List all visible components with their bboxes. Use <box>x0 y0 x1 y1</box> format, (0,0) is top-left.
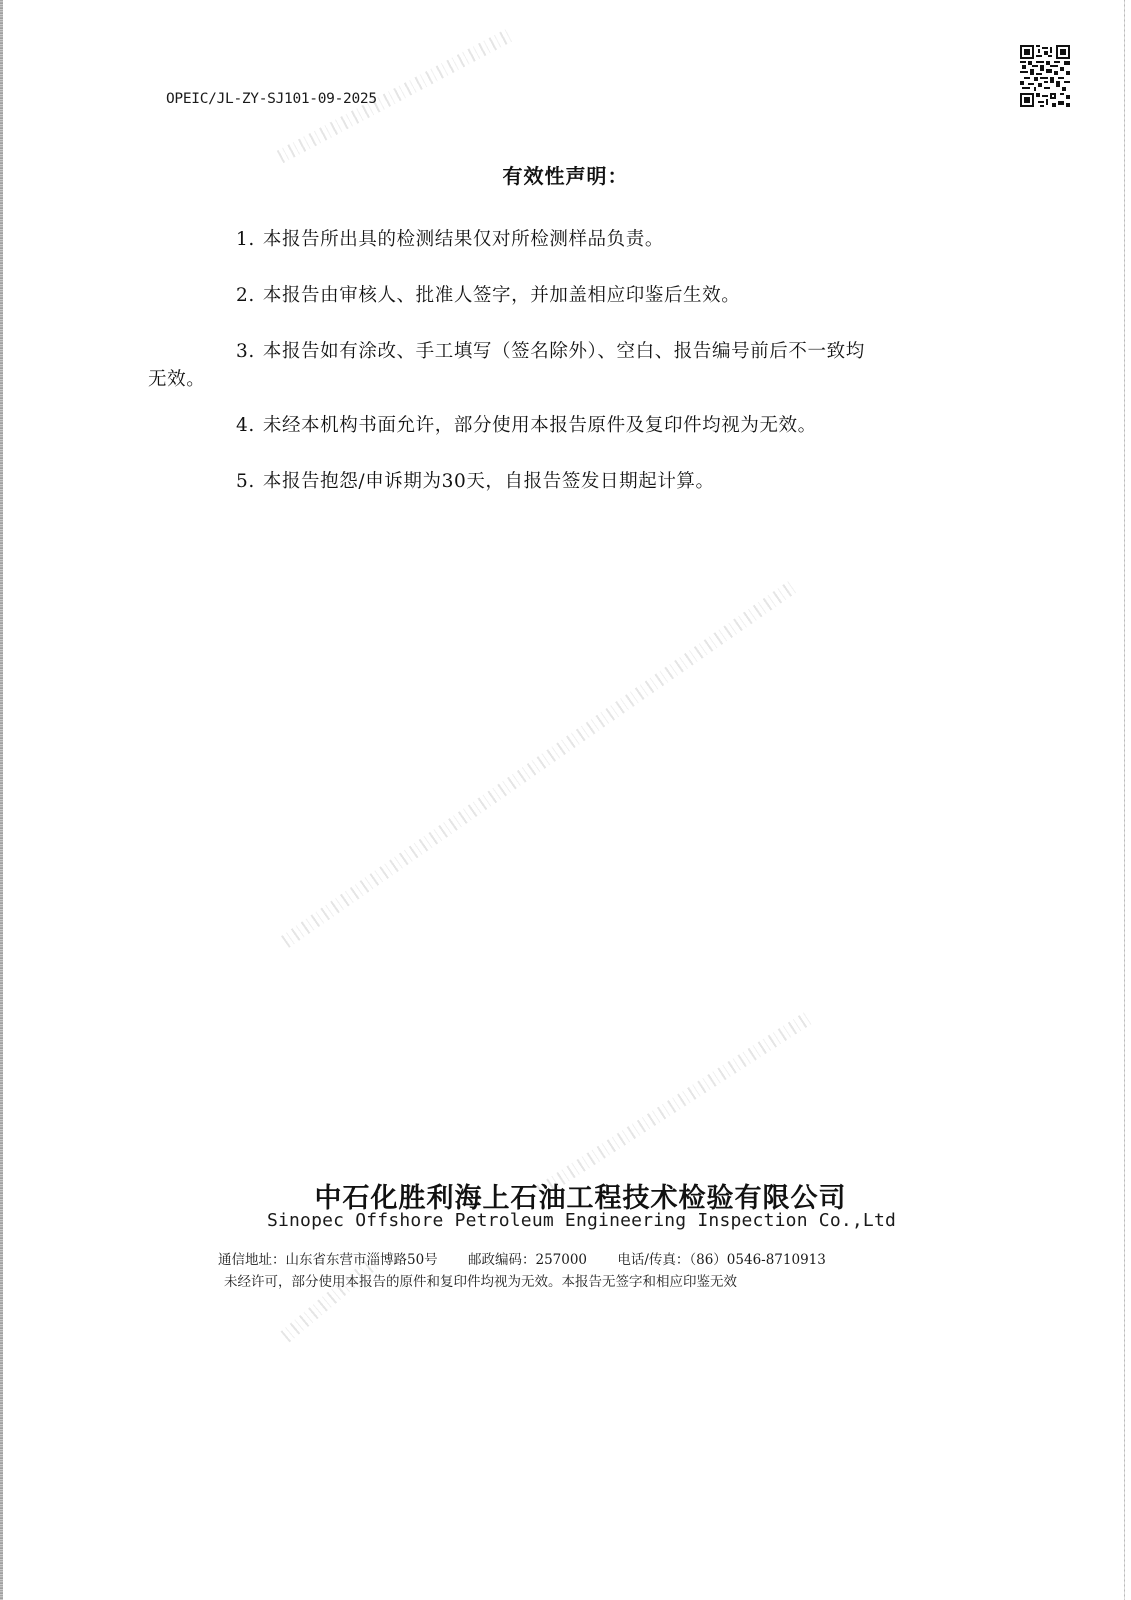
clause-item: 4.未经本机构书面允许，部分使用本报告原件及复印件均视为无效。 <box>148 412 948 440</box>
clause-number: 5. <box>192 468 255 496</box>
validity-statement-title: 有效性声明： <box>0 160 1131 189</box>
clause-number: 4. <box>192 412 255 440</box>
clause-text: 本报告所出具的检测结果仅对所检测样品负责。 <box>263 229 664 250</box>
company-address: 通信地址：山东省东营市淄博路50号 <box>218 1252 438 1268</box>
clause-item: 2.本报告由审核人、批准人签字，并加盖相应印鉴后生效。 <box>148 282 948 310</box>
clause-item: 5.本报告抱怨/申诉期为30天，自报告签发日期起计算。 <box>148 468 948 496</box>
clause-item: 3.本报告如有涂改、手工填写（签名除外）、空白、报告编号前后不一致均 无效。 <box>148 338 948 394</box>
clause-number: 2. <box>192 282 255 310</box>
watermark <box>536 1012 812 1198</box>
scan-edge-left <box>0 0 3 1600</box>
clause-text-continuation: 无效。 <box>148 366 948 394</box>
clause-number: 1. <box>192 226 255 254</box>
company-phone-fax: 电话/传真：（86）0546-8710913 <box>617 1252 826 1268</box>
watermark <box>281 581 797 948</box>
clause-text: 未经本机构书面允许，部分使用本报告原件及复印件均视为无效。 <box>263 415 817 436</box>
clause-text: 本报告抱怨/申诉期为30天，自报告签发日期起计算。 <box>263 471 715 492</box>
clause-number: 3. <box>192 338 255 366</box>
clause-text: 本报告如有涂改、手工填写（签名除外）、空白、报告编号前后不一致均 <box>263 341 865 362</box>
qr-code-icon <box>1020 45 1070 107</box>
company-postcode: 邮政编码：257000 <box>468 1252 587 1268</box>
clause-text: 本报告由审核人、批准人签字，并加盖相应印鉴后生效。 <box>263 285 741 306</box>
usage-disclaimer: 未经许可，部分使用本报告的原件和复印件均视为无效。本报告无签字和相应印鉴无效 <box>224 1270 737 1290</box>
company-contact-line: 通信地址：山东省东营市淄博路50号 邮政编码：257000 电话/传真：（86）… <box>218 1248 826 1268</box>
document-code: OPEIC/JL-ZY-SJ101-09-2025 <box>166 91 377 107</box>
company-name-english: Sinopec Offshore Petroleum Engineering I… <box>0 1210 1131 1231</box>
clause-list: 1.本报告所出具的检测结果仅对所检测样品负责。 2.本报告由审核人、批准人签字，… <box>148 226 948 524</box>
scan-edge-right <box>1124 0 1125 1600</box>
clause-item: 1.本报告所出具的检测结果仅对所检测样品负责。 <box>148 226 948 254</box>
